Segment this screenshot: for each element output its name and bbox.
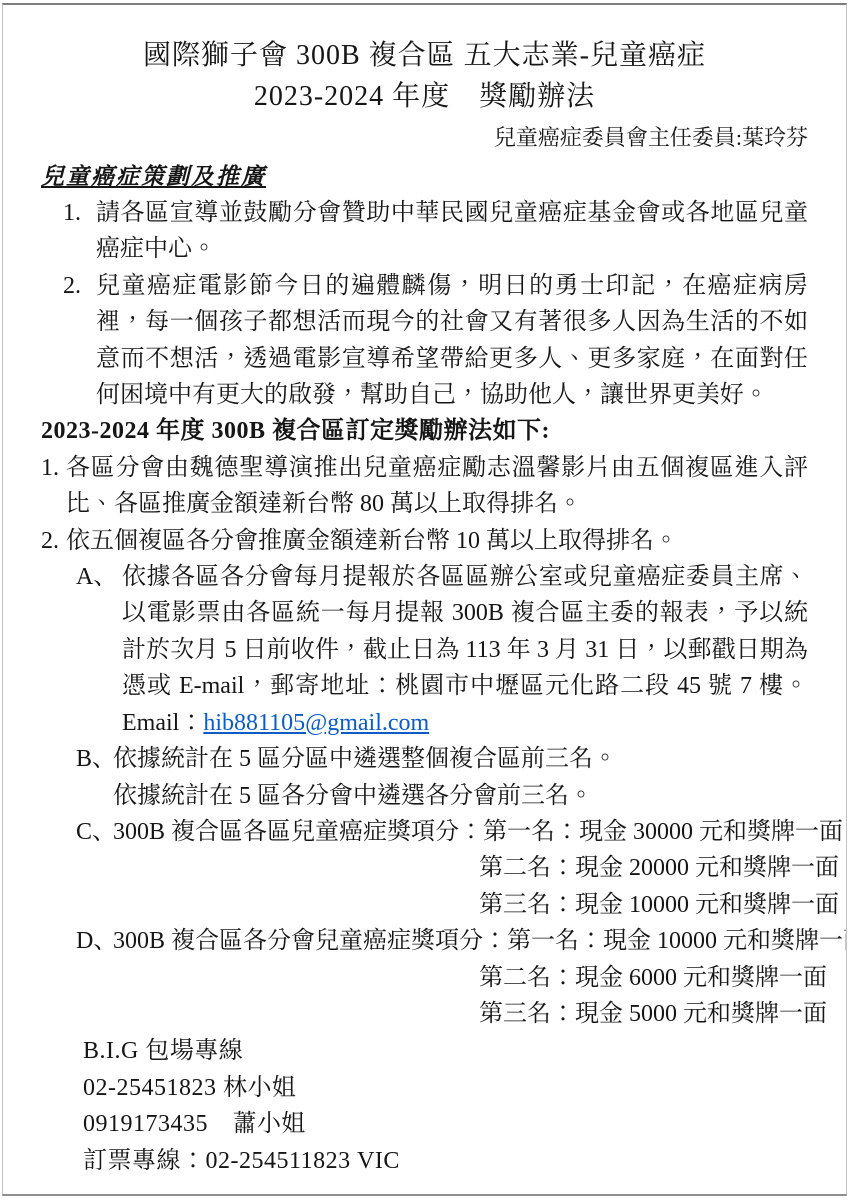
email-link[interactable]: hib881105@gmail.com: [203, 710, 429, 736]
sub-d-row-1: 300B 複合區各分會兒童癌症獎項分： 第一名：現金 10000 元和獎牌一面: [113, 923, 847, 959]
sub-c-label: 300B 複合區各區兒童癌症獎項分：: [113, 814, 483, 850]
prize-line: 第三名：現金 10000 元和獎牌一面: [479, 887, 843, 923]
contact-phone-lin: 02-25451823 林小姐: [83, 1070, 808, 1106]
item-marker: 1.: [63, 195, 96, 268]
sub-b-line-1: 依據統計在 5 區分區中遴選整個複合區前三名。: [113, 741, 808, 777]
item-text: 兒童癌症電影節今日的遍體麟傷，明日的勇士印記，在癌症病房裡，每一個孩子都想活而現…: [96, 268, 808, 414]
item-text: 依據統計在 5 區分區中遴選整個複合區前三名。 依據統計在 5 區各分會中遴選各…: [113, 741, 808, 814]
document-subtitle: 2023-2024 年度 獎勵辦法: [41, 76, 808, 117]
sub-item-c: C、 300B 複合區各區兒童癌症獎項分： 第一名：現金 30000 元和獎牌一…: [76, 814, 808, 923]
item-marker: B、: [76, 741, 113, 814]
prize-line: 第一名：現金 30000 元和獎牌一面: [483, 814, 843, 850]
sub-item-b: B、 依據統計在 5 區分區中遴選整個複合區前三名。 依據統計在 5 區各分會中…: [76, 741, 808, 814]
sub-d-label: 300B 複合區各分會兒童癌症獎項分：: [113, 923, 507, 959]
document-page: 國際獅子會 300B 複合區 五大志業-兒童癌症 2023-2024 年度 獎勵…: [2, 3, 847, 1196]
sub-c-row-1: 300B 複合區各區兒童癌症獎項分： 第一名：現金 30000 元和獎牌一面: [113, 814, 843, 850]
item-text: 300B 複合區各區兒童癌症獎項分： 第一名：現金 30000 元和獎牌一面 第…: [113, 814, 843, 923]
prize-line: 第三名：現金 5000 元和獎牌一面: [479, 996, 847, 1032]
sub-item-d: D、 300B 複合區各分會兒童癌症獎項分： 第一名：現金 10000 元和獎牌…: [76, 923, 808, 1032]
prize-line: 第二名：現金 20000 元和獎牌一面: [479, 850, 843, 886]
item-marker: 1.: [41, 450, 66, 523]
item-text: 各區分會由魏德聖導演推出兒童癌症勵志溫馨影片由五個複區進入評比、各區推廣金額達新…: [66, 450, 808, 523]
award-item-1: 1. 各區分會由魏德聖導演推出兒童癌症勵志溫馨影片由五個複區進入評比、各區推廣金…: [41, 450, 808, 523]
item-marker: 2.: [41, 523, 66, 559]
sub-b-line-2: 依據統計在 5 區各分會中遴選各分會前三名。: [113, 778, 808, 814]
contact-phone-hsiao: 0919173435 蕭小姐: [83, 1106, 808, 1142]
item-text: 依五個複區各分會推廣金額達新台幣 10 萬以上取得排名。: [66, 523, 808, 559]
promotion-item-1: 1. 請各區宣導並鼓勵分會贊助中華民國兒童癌症基金會或各地區兒童癌症中心。: [63, 195, 808, 268]
item-text: 請各區宣導並鼓勵分會贊助中華民國兒童癌症基金會或各地區兒童癌症中心。: [96, 195, 808, 268]
scanned-sheet: 國際獅子會 300B 複合區 五大志業-兒童癌症 2023-2024 年度 獎勵…: [0, 0, 849, 1200]
promotion-item-2: 2. 兒童癌症電影節今日的遍體麟傷，明日的勇士印記，在癌症病房裡，每一個孩子都想…: [63, 268, 808, 414]
chairman-line: 兒童癌症委員會主任委員:葉玲芬: [41, 121, 808, 154]
sub-item-a: A、 依據各區各分會每月提報於各區區辦公室或兒童癌症委員主席、以電影票由各區統一…: [76, 559, 808, 741]
award-section-heading: 2023-2024 年度 300B 複合區訂定獎勵辦法如下:: [41, 413, 808, 449]
prize-line: 第一名：現金 10000 元和獎牌一面: [507, 923, 847, 959]
promotion-section-heading: 兒童癌症策劃及推廣: [41, 158, 808, 195]
item-marker: A、: [76, 559, 122, 741]
prize-line: 第二名：現金 6000 元和獎牌一面: [479, 960, 847, 996]
booking-hotline-line: 訂票專線：02-254511823 VIC: [83, 1143, 808, 1179]
item-marker: 2.: [63, 268, 96, 414]
contact-footer: B.I.G 包場專線 02-25451823 林小姐 0919173435 蕭小…: [83, 1033, 808, 1179]
award-item-2: 2. 依五個複區各分會推廣金額達新台幣 10 萬以上取得排名。: [41, 523, 808, 559]
item-marker: D、: [76, 923, 113, 1032]
item-text: 300B 複合區各分會兒童癌症獎項分： 第一名：現金 10000 元和獎牌一面 …: [113, 923, 847, 1032]
big-hotline-label: B.I.G 包場專線: [83, 1033, 808, 1069]
document-title: 國際獅子會 300B 複合區 五大志業-兒童癌症: [41, 35, 808, 76]
item-marker: C、: [76, 814, 113, 923]
item-text: 依據各區各分會每月提報於各區區辦公室或兒童癌症委員主席、以電影票由各區統一每月提…: [122, 559, 808, 741]
